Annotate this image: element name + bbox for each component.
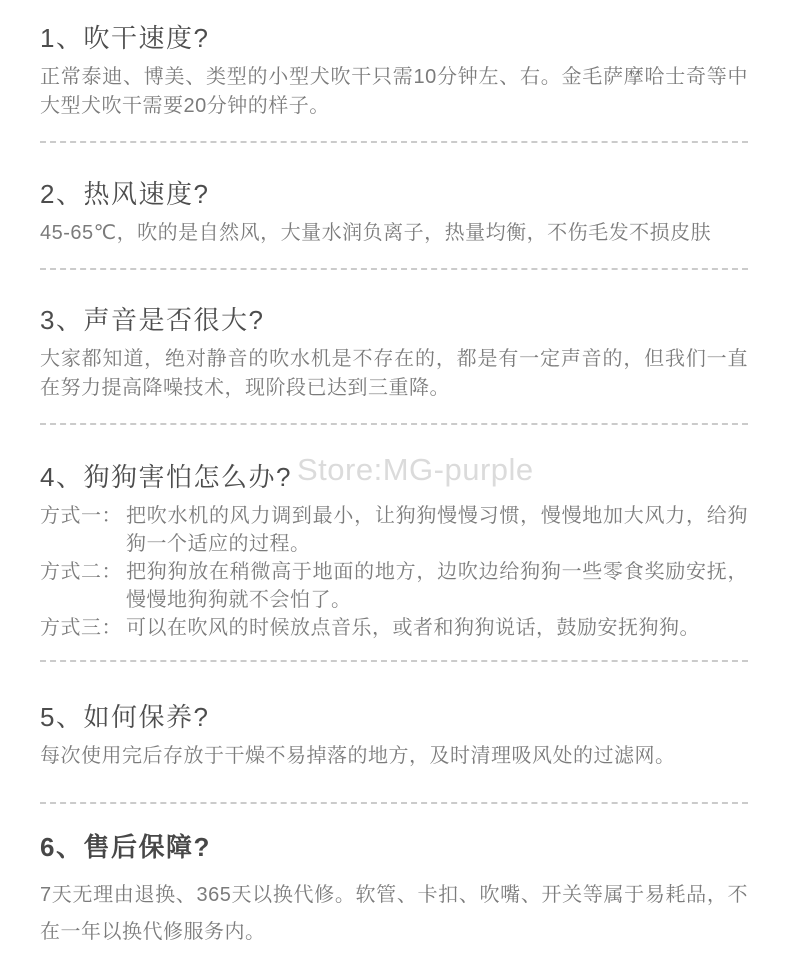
dashed-divider xyxy=(40,423,748,425)
faq-section-noise: 3、声音是否很大? 大家都知道，绝对静音的吹水机是不存在的，都是有一定声音的，但… xyxy=(40,302,748,403)
faq-question-number: 5、 xyxy=(40,702,83,732)
faq-question-number: 6、 xyxy=(40,832,83,862)
method-label: 方式二： xyxy=(40,558,122,614)
faq-question-text: 热风速度? xyxy=(83,179,209,209)
faq-section-dog-scared: 4、狗狗害怕怎么办? 方式一： 把吹水机的风力调到最小，让狗狗慢慢习惯，慢慢地加… xyxy=(40,459,748,642)
faq-answer-text: 每次使用完后存放于干燥不易掉落的地方，及时清理吸风处的过滤网。 xyxy=(40,742,748,771)
faq-question-number: 4、 xyxy=(40,462,83,492)
faq-section-drying-speed: 1、吹干速度? 正常泰迪、博美、类型的小型犬吹干只需10分钟左、右。金毛萨摩哈士… xyxy=(40,20,748,121)
faq-question-text: 售后保障? xyxy=(83,832,210,862)
faq-question-title: 5、如何保养? xyxy=(40,699,748,735)
dashed-divider xyxy=(40,141,748,143)
faq-question-title: 6、售后保障? xyxy=(40,829,748,865)
faq-question-title: 2、热风速度? xyxy=(40,176,748,212)
faq-question-title: 3、声音是否很大? xyxy=(40,302,748,338)
dashed-divider xyxy=(40,802,748,804)
faq-section-after-sales: 6、售后保障? 7天无理由退换、365天以换代修。软管、卡扣、吹嘴、开关等属于易… xyxy=(40,829,748,951)
faq-question-number: 1、 xyxy=(40,23,83,53)
faq-section-maintenance: 5、如何保养? 每次使用完后存放于干燥不易掉落的地方，及时清理吸风处的过滤网。 xyxy=(40,699,748,771)
faq-question-number: 3、 xyxy=(40,305,83,335)
method-text: 把狗狗放在稍微高于地面的地方，边吹边给狗狗一些零食奖励安抚，慢慢地狗狗就不会怕了… xyxy=(126,558,748,614)
faq-question-number: 2、 xyxy=(40,179,83,209)
faq-question-text: 如何保养? xyxy=(83,702,209,732)
method-row-1: 方式一： 把吹水机的风力调到最小，让狗狗慢慢习惯，慢慢地加大风力，给狗狗一个适应… xyxy=(40,502,748,558)
faq-answer-text: 大家都知道，绝对静音的吹水机是不存在的，都是有一定声音的，但我们一直在努力提高降… xyxy=(40,345,748,403)
method-label: 方式一： xyxy=(40,502,122,558)
method-row-2: 方式二： 把狗狗放在稍微高于地面的地方，边吹边给狗狗一些零食奖励安抚，慢慢地狗狗… xyxy=(40,558,748,614)
faq-page: Store:MG-purple 1、吹干速度? 正常泰迪、博美、类型的小型犬吹干… xyxy=(0,0,790,953)
faq-section-hot-air: 2、热风速度? 45-65℃，吹的是自然风，大量水润负离子，热量均衡，不伤毛发不… xyxy=(40,176,748,248)
faq-question-title: 1、吹干速度? xyxy=(40,20,748,56)
dashed-divider xyxy=(40,660,748,662)
faq-question-text: 吹干速度? xyxy=(83,23,209,53)
method-row-3: 方式三： 可以在吹风的时候放点音乐，或者和狗狗说话，鼓励安抚狗狗。 xyxy=(40,614,748,642)
faq-question-text: 声音是否很大? xyxy=(83,305,264,335)
faq-question-text: 狗狗害怕怎么办? xyxy=(83,462,291,492)
faq-question-title: 4、狗狗害怕怎么办? xyxy=(40,459,748,495)
method-list: 方式一： 把吹水机的风力调到最小，让狗狗慢慢习惯，慢慢地加大风力，给狗狗一个适应… xyxy=(40,502,748,642)
dashed-divider xyxy=(40,268,748,270)
method-label: 方式三： xyxy=(40,614,122,642)
method-text: 把吹水机的风力调到最小，让狗狗慢慢习惯，慢慢地加大风力，给狗狗一个适应的过程。 xyxy=(126,502,748,558)
faq-answer-text: 45-65℃，吹的是自然风，大量水润负离子，热量均衡，不伤毛发不损皮肤 xyxy=(40,219,748,248)
faq-answer-text: 7天无理由退换、365天以换代修。软管、卡扣、吹嘴、开关等属于易耗品，不在一年以… xyxy=(40,877,748,951)
faq-answer-text: 正常泰迪、博美、类型的小型犬吹干只需10分钟左、右。金毛萨摩哈士奇等中大型犬吹干… xyxy=(40,63,748,121)
method-text: 可以在吹风的时候放点音乐，或者和狗狗说话，鼓励安抚狗狗。 xyxy=(126,614,748,642)
